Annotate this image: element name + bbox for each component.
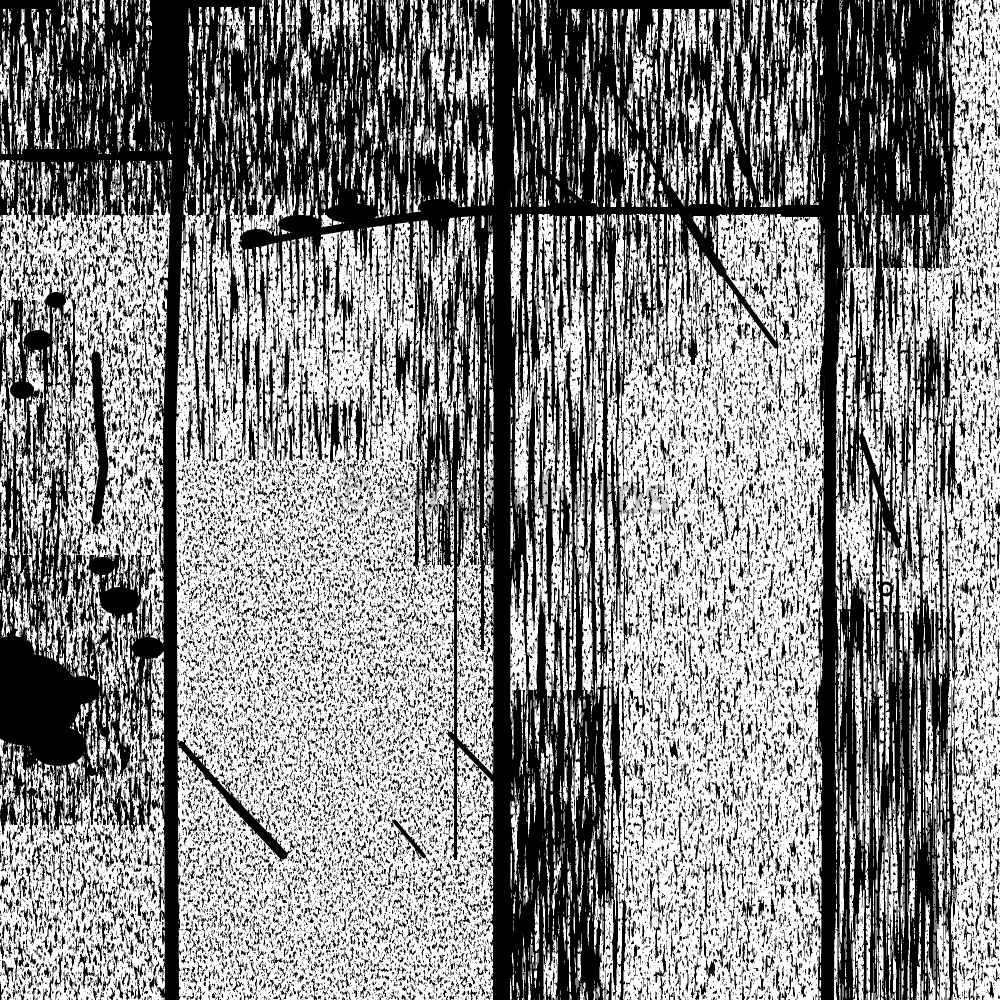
knot-blob: [64, 676, 100, 704]
wood-grunge-svg: © stockphotos: [0, 0, 1000, 1000]
seam-blob: [552, 203, 598, 216]
seam-blob: [780, 205, 828, 217]
smear-blob: [338, 188, 358, 210]
noise-region-far-right: [952, 0, 1000, 1000]
grunge-texture-image: © stockphotos: [0, 0, 1000, 1000]
seam-blob: [118, 151, 170, 161]
smear-blob: [418, 199, 458, 215]
knot-blob: [24, 330, 52, 350]
knot-blob: [46, 292, 66, 308]
grain-line-companion: [481, 560, 484, 650]
speck-dot: [28, 788, 36, 796]
noise-region-midcol-lower: [183, 460, 500, 1000]
top-edge-strip: [0, 0, 58, 9]
plank-gap-line-center: [493, 0, 511, 1000]
noise-region-midright-sparse: [623, 210, 823, 1000]
speck-dot: [659, 303, 663, 307]
smear-blob: [241, 229, 273, 247]
noise-region-left-bottom: [40, 820, 180, 1000]
top-edge-strip: [150, 0, 262, 7]
plank-top-dark-knot: [152, 0, 188, 122]
speck-dot: [88, 768, 96, 776]
knot-blob: [30, 726, 86, 766]
grain-line-thin: [454, 470, 457, 860]
knot-blob: [100, 587, 140, 615]
grain-line-companion: [480, 228, 484, 528]
seam-blob: [22, 149, 96, 162]
grain-line-thin: [664, 212, 667, 254]
noise-region-center-bottom-dense: [500, 690, 605, 1000]
top-edge-strip: [560, 0, 730, 9]
noise-region-right-plank-top: [818, 0, 952, 268]
knot-blob: [132, 637, 164, 659]
speck-dot: [100, 727, 110, 737]
knot-blob: [89, 557, 115, 575]
seam-blob: [688, 204, 722, 216]
smear-blob: [278, 215, 322, 233]
knot-blob: [10, 381, 34, 399]
